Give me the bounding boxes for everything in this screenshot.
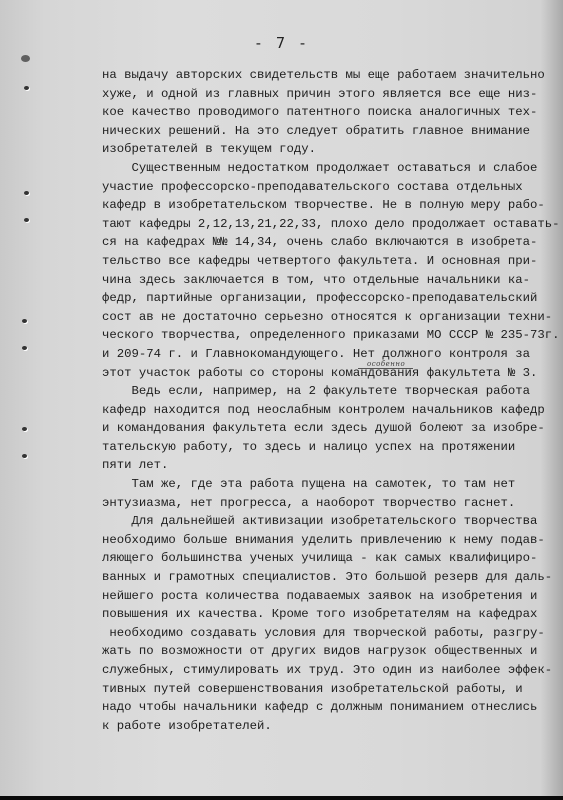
ink-blot — [21, 55, 30, 62]
annotation-underline — [358, 368, 413, 369]
text-line: повышения их качества. Кроме того изобре… — [102, 605, 552, 624]
text-line: тивных путей совершенствования изобретат… — [102, 680, 552, 699]
text-line: надо чтобы начальники кафедр с должным п… — [102, 698, 552, 717]
text-line: изобретателей в текущем году. — [102, 140, 552, 159]
text-line: энтузиазма, нет прогресса, а наоборот тв… — [102, 494, 552, 513]
punch-hole — [24, 86, 29, 90]
text-line: этот участок работы со стороны командова… — [102, 364, 552, 383]
text-line: жать по возможности от других видов нагр… — [102, 642, 552, 661]
text-line: тают кафедры 2,12,13,21,22,33, плохо дел… — [102, 215, 552, 234]
text-line: ляющего большинства ученых училища - как… — [102, 549, 552, 568]
text-line: кафедр в изобретательском творчестве. Не… — [102, 196, 552, 215]
punch-hole — [22, 346, 27, 350]
text-line: тельство все кафедры четвертого факульте… — [102, 252, 552, 271]
text-line: служебных, стимулировать их труд. Это од… — [102, 661, 552, 680]
text-line: необходимо создавать условия для творчес… — [102, 624, 552, 643]
text-line: на выдачу авторских свидетельств мы еще … — [102, 66, 552, 85]
document-page: - 7 - на выдачу авторских свидетельств м… — [0, 0, 563, 796]
text-line: чина здесь заключается в том, что отдель… — [102, 271, 552, 290]
text-line: необходимо больше внимания уделить привл… — [102, 531, 552, 550]
text-line: Существенным недостатком продолжает оста… — [102, 159, 552, 178]
text-line: к работе изобретателей. — [102, 717, 552, 736]
page-number: - 7 - — [0, 34, 563, 52]
text-line: хуже, и одной из главных причин этого яв… — [102, 85, 552, 104]
text-line: тательскую работу, то здесь и налицо усп… — [102, 438, 552, 457]
text-line: ся на кафедрах №№ 14,34, очень слабо вкл… — [102, 233, 552, 252]
punch-hole — [24, 218, 29, 222]
text-line: ческого творчества, определенного приказ… — [102, 326, 552, 345]
text-line: нейшего роста количества подаваемых заяв… — [102, 587, 552, 606]
text-line: Для дальнейшей активизации изобретательс… — [102, 512, 552, 531]
text-line: пяти лет. — [102, 456, 552, 475]
text-line: кое качество проводимого патентного поис… — [102, 103, 552, 122]
text-line: ванных и грамотных специалистов. Это бол… — [102, 568, 552, 587]
punch-hole — [22, 427, 27, 431]
text-line: кафедр находится под неослабным контроле… — [102, 401, 552, 420]
punch-hole — [22, 454, 27, 458]
text-line: федр, партийные организации, профессорск… — [102, 289, 552, 308]
text-line: Ведь если, например, на 2 факультете тво… — [102, 382, 552, 401]
punch-hole — [24, 191, 29, 195]
document-body: на выдачу авторских свидетельств мы еще … — [102, 66, 552, 735]
text-line: Там же, где эта работа пущена на самотек… — [102, 475, 552, 494]
text-line: и 209-74 г. и Главнокомандующего. Нет до… — [102, 345, 552, 364]
text-line: участие профессорско-преподавательского … — [102, 178, 552, 197]
handwritten-annotation: особенно — [367, 360, 405, 368]
text-line: и командования факультета если здесь душ… — [102, 419, 552, 438]
punch-hole — [22, 319, 27, 323]
scan-border — [0, 796, 563, 800]
text-line: сост ав не достаточно серьезно относятся… — [102, 308, 552, 327]
text-line: нических решений. На это следует обратит… — [102, 122, 552, 141]
